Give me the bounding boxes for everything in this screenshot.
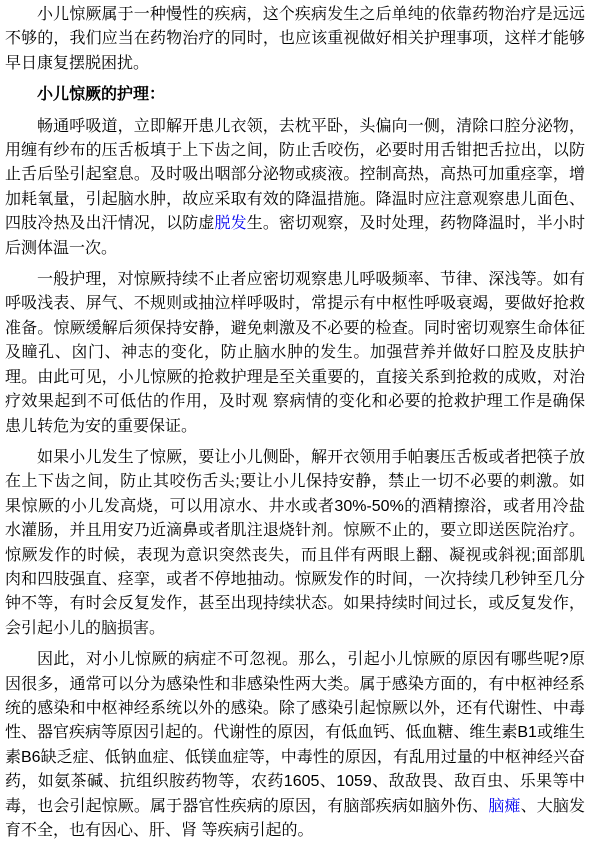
tuofa-link[interactable]: 脱发 xyxy=(214,215,246,232)
emergency-paragraph: 如果小儿发生了惊厥，要让小儿侧卧，解开衣领用手帕裹压舌板或者把筷子放在上下齿之间… xyxy=(5,446,585,641)
causes-text-pre: 因此，对小儿惊厥的病症不可忽视。那么，引起小儿惊厥的原因有哪些呢?原因很多，通常… xyxy=(5,651,585,814)
general-care-paragraph: 一般护理，对惊厥持续不止者应密切观察患儿呼吸频率、节律、深浅等。如有呼吸浅表、屏… xyxy=(5,268,585,439)
causes-paragraph: 因此，对小儿惊厥的病症不可忽视。那么，引起小儿惊厥的原因有哪些呢?原因很多，通常… xyxy=(5,648,585,843)
care-paragraph: 畅通呼吸道，立即解开患儿衣领，去枕平卧，头偏向一侧，清除口腔分泌物，用缠有纱布的… xyxy=(5,115,585,261)
naotan-link[interactable]: 脑瘫 xyxy=(488,798,520,815)
section-heading: 小儿惊厥的护理： xyxy=(5,83,585,107)
intro-paragraph: 小儿惊厥属于一种慢性的疾病，这个疾病发生之后单纯的依靠药物治疗是远远不够的，我们… xyxy=(5,3,585,76)
